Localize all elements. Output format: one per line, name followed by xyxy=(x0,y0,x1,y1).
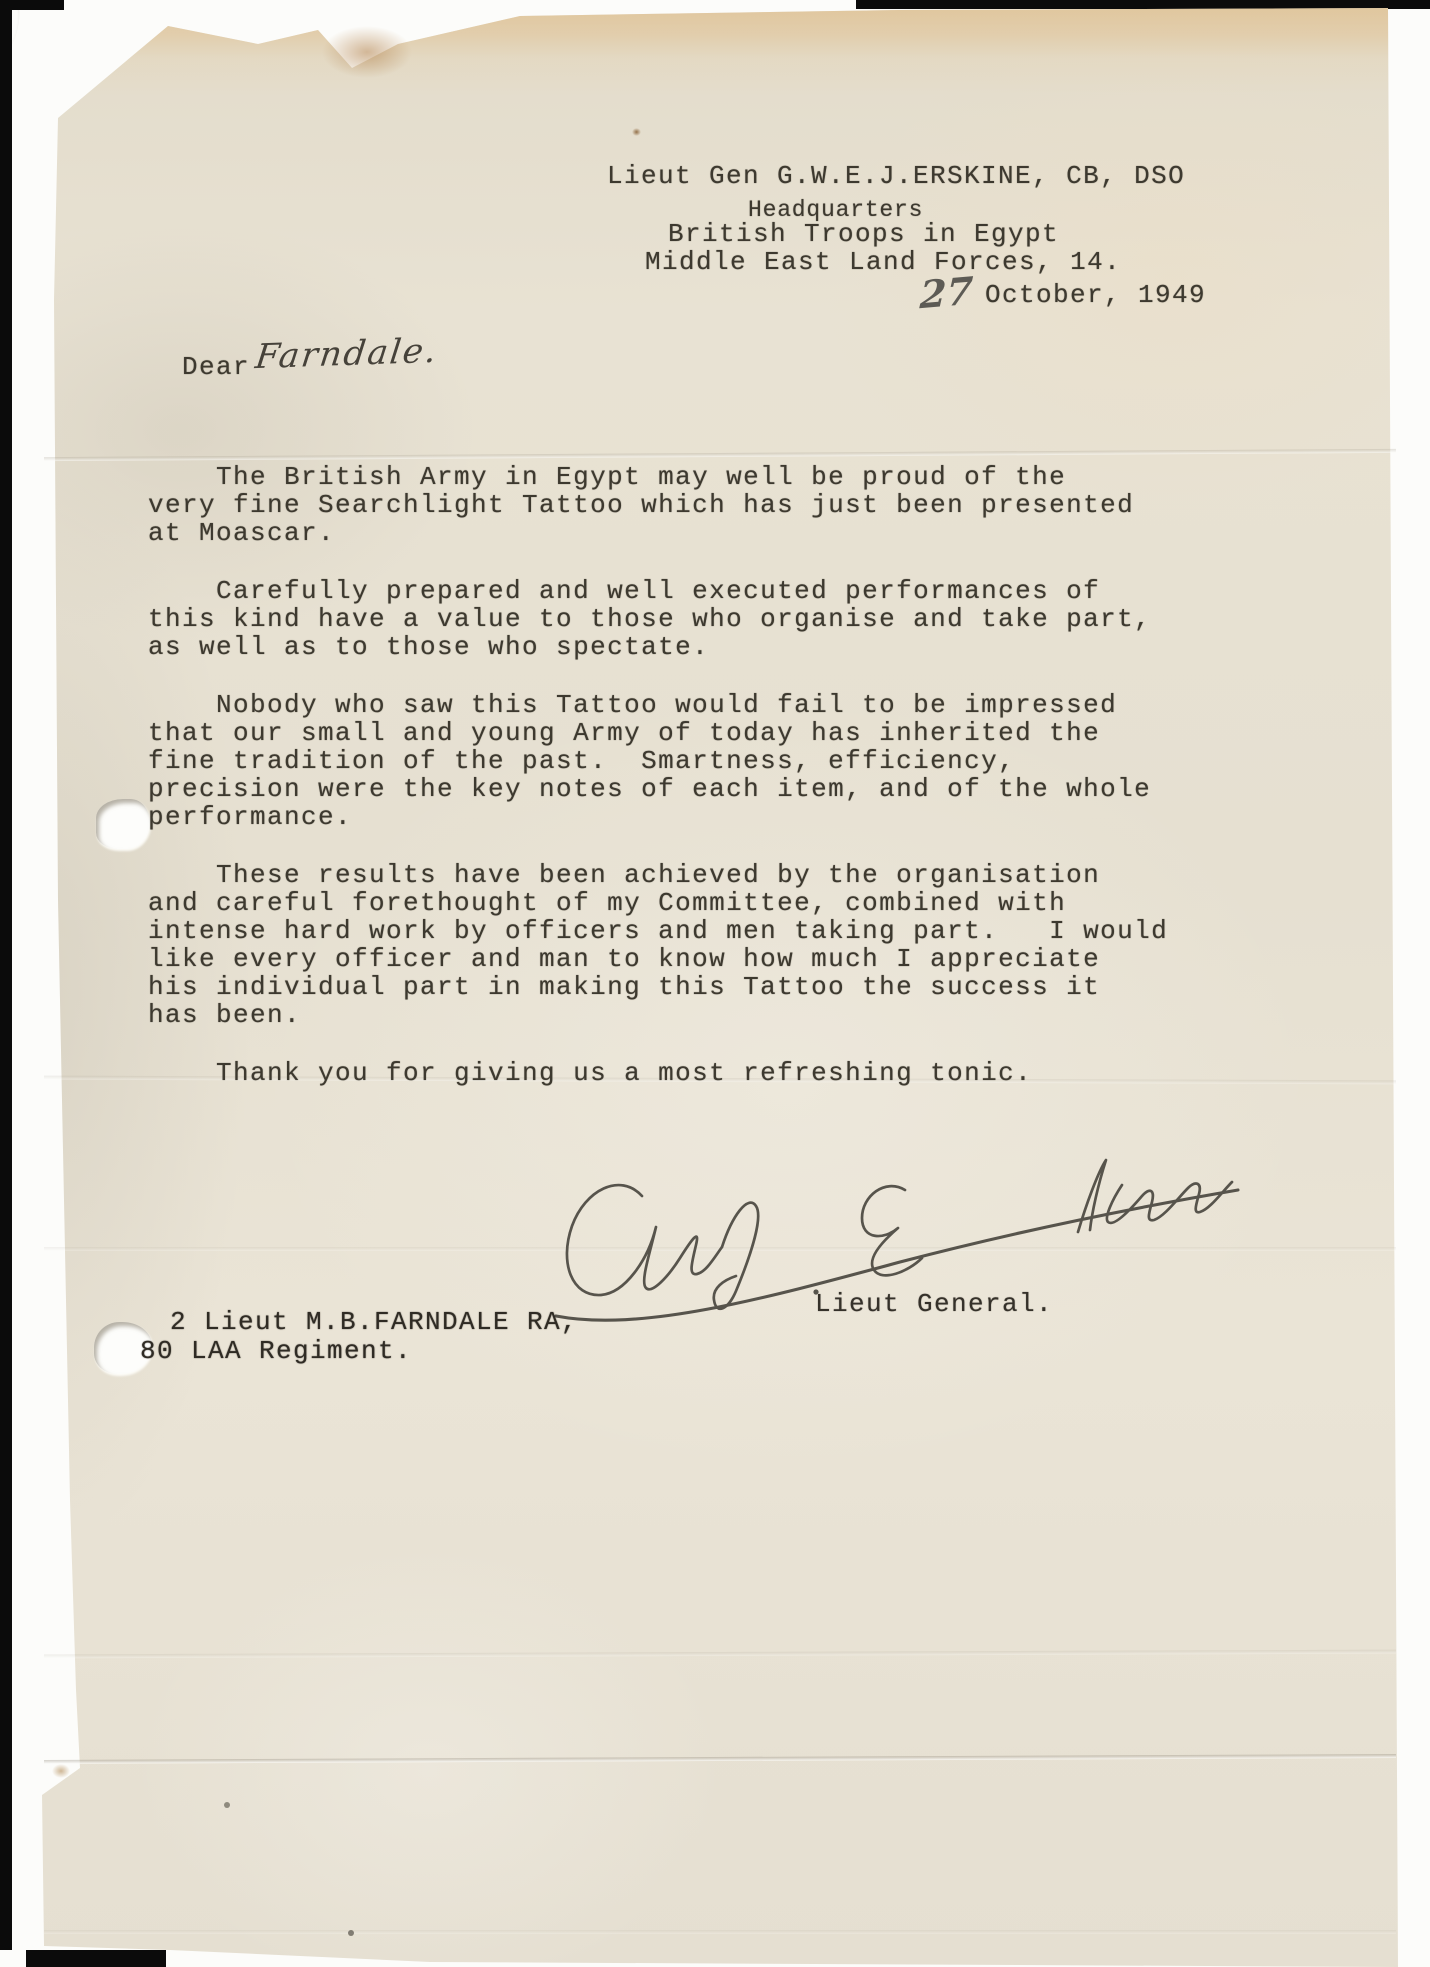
recipient-unit-line: 80 LAA Regiment. xyxy=(140,1337,412,1365)
scanned-letter-page: Lieut Gen G.W.E.J.ERSKINE, CB, DSO Headq… xyxy=(0,0,1430,1967)
sender-address: Middle East Land Forces, 14. xyxy=(645,248,1121,276)
paragraph: Thank you for giving us a most refreshin… xyxy=(148,1059,1168,1087)
typed-date: October, 1949 xyxy=(985,281,1206,309)
stain-speck xyxy=(632,128,641,136)
paragraph: These results have been achieved by the … xyxy=(148,861,1168,1029)
paragraph: Carefully prepared and well executed per… xyxy=(148,577,1168,661)
scanner-edge-top-left xyxy=(0,0,64,10)
recipient-name-line: 2 Lieut M.B.FARNDALE RA, xyxy=(170,1308,578,1336)
sender-formation: British Troops in Egypt xyxy=(668,220,1059,248)
handwritten-day: 27 xyxy=(919,268,974,317)
stain-speck xyxy=(224,1802,230,1808)
scanner-edge-top-right xyxy=(856,0,1430,9)
paragraph: The British Army in Egypt may well be pr… xyxy=(148,463,1168,547)
paragraph: Nobody who saw this Tattoo would fail to… xyxy=(148,691,1168,831)
fold-crease xyxy=(44,1930,1396,1934)
letter-body: The British Army in Egypt may well be pr… xyxy=(148,463,1168,1117)
stain-speck xyxy=(52,1764,70,1778)
stain-speck xyxy=(348,1930,354,1936)
salutation: Dear xyxy=(182,353,250,381)
handwritten-recipient-name: Farndale. xyxy=(253,331,440,377)
sender-rank-name: Lieut Gen G.W.E.J.ERSKINE, CB, DSO xyxy=(607,162,1185,190)
scanner-edge-bottom xyxy=(26,1950,166,1967)
signoff-title: Lieut General. xyxy=(815,1290,1053,1318)
scanner-edge-left xyxy=(0,0,12,1950)
stain-mark xyxy=(322,26,412,78)
punch-hole xyxy=(96,799,150,849)
